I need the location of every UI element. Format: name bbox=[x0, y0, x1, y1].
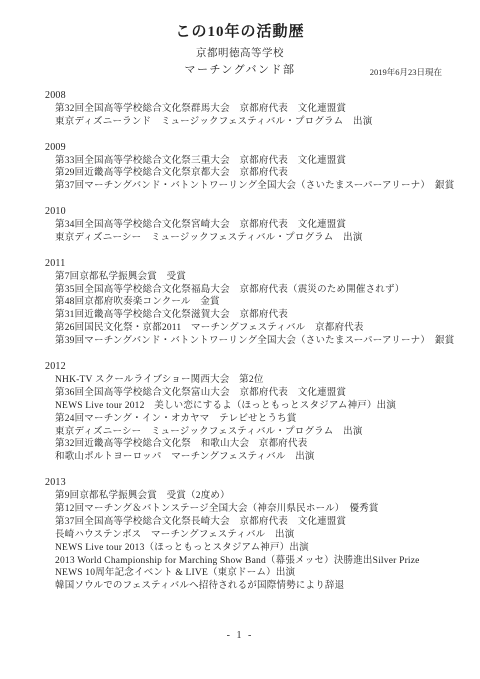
year-section: 2009 第33回全国高等学校総合文化祭三重大会 京都府代表 文化連盟賞第29回… bbox=[45, 142, 464, 194]
activity-item: NEWS Live tour 2013（ほっともっとスタジアム神戸）出演 bbox=[45, 542, 464, 555]
section-items: 第33回全国高等学校総合文化祭三重大会 京都府代表 文化連盟賞第29回近畿高等学… bbox=[45, 155, 464, 194]
activity-item: 東京ディズニーシー ミュージックフェスティバル・プログラム 出演 bbox=[45, 426, 464, 439]
page-number: - 1 - bbox=[0, 630, 480, 641]
activity-item: 第37回全国高等学校総合文化祭長崎大会 京都府代表 文化連盟賞 bbox=[45, 516, 464, 529]
school-name: 京都明徳高等学校 bbox=[0, 47, 480, 60]
year-section: 2008 第32回全国高等学校総合文化祭群馬大会 京都府代表 文化連盟賞東京ディ… bbox=[45, 90, 464, 129]
activity-item: 第32回近畿高等学校総合文化祭 和歌山大会 京都府代表 bbox=[45, 438, 464, 451]
activity-item: 第39回マーチングバンド・バトントワーリング全国大会（さいたまスーパーアリーナ）… bbox=[45, 335, 464, 348]
activity-item: 第24回マーチング・イン・オカヤマ テレビせとうち賞 bbox=[45, 413, 464, 426]
activity-sections: 2008 第32回全国高等学校総合文化祭群馬大会 京都府代表 文化連盟賞東京ディ… bbox=[0, 90, 480, 593]
section-items: 第32回全国高等学校総合文化祭群馬大会 京都府代表 文化連盟賞東京ディズニーラン… bbox=[45, 103, 464, 129]
activity-item: 韓国ソウルでのフェスティバルへ招待されるが国際情勢により辞退 bbox=[45, 580, 464, 593]
year-heading: 2013 bbox=[45, 477, 464, 490]
activity-item: 東京ディズニーシー ミュージックフェスティバル・プログラム 出演 bbox=[45, 232, 464, 245]
year-heading: 2010 bbox=[45, 206, 464, 219]
activity-item: 第7回京都私学振興会賞 受賞 bbox=[45, 271, 464, 284]
activity-item: 2013 World Championship for Marching Sho… bbox=[45, 555, 464, 568]
section-items: 第34回全国高等学校総合文化祭宮崎大会 京都府代表 文化連盟賞東京ディズニーシー… bbox=[45, 219, 464, 245]
page-title: この10年の活動歴 bbox=[0, 20, 480, 41]
section-items: 第9回京都私学振興会賞 受賞（2度め）第12回マーチング＆バトンステージ全国大会… bbox=[45, 490, 464, 593]
as-of-date: 2019年6月23日現在 bbox=[370, 66, 442, 78]
year-section: 2013 第9回京都私学振興会賞 受賞（2度め）第12回マーチング＆バトンステー… bbox=[45, 477, 464, 593]
year-heading: 2012 bbox=[45, 361, 464, 374]
club-row: マーチングバンド部 2019年6月23日現在 bbox=[0, 63, 480, 78]
activity-item: 第35回全国高等学校総合文化祭福島大会 京都府代表（震災のため開催されず） bbox=[45, 284, 464, 297]
activity-item: 第32回全国高等学校総合文化祭群馬大会 京都府代表 文化連盟賞 bbox=[45, 103, 464, 116]
activity-item: 東京ディズニーランド ミュージックフェスティバル・プログラム 出演 bbox=[45, 116, 464, 129]
activity-item: NEWS 10周年記念イベント & LIVE（東京ドーム）出演 bbox=[45, 567, 464, 580]
year-heading: 2009 bbox=[45, 142, 464, 155]
year-heading: 2011 bbox=[45, 258, 464, 271]
activity-item: 和歌山ポルトヨーロッパ マーチングフェスティバル 出演 bbox=[45, 451, 464, 464]
activity-item: 第37回マーチングバンド・バトントワーリング全国大会（さいたまスーパーアリーナ）… bbox=[45, 180, 464, 193]
activity-item: 第33回全国高等学校総合文化祭三重大会 京都府代表 文化連盟賞 bbox=[45, 155, 464, 168]
year-section: 2010 第34回全国高等学校総合文化祭宮崎大会 京都府代表 文化連盟賞東京ディ… bbox=[45, 206, 464, 245]
activity-item: 第12回マーチング＆バトンステージ全国大会（神奈川県民ホール） 優秀賞 bbox=[45, 503, 464, 516]
section-items: 第7回京都私学振興会賞 受賞第35回全国高等学校総合文化祭福島大会 京都府代表（… bbox=[45, 271, 464, 348]
activity-item: 長崎ハウステンボス マーチングフェスティバル 出演 bbox=[45, 529, 464, 542]
year-section: 2011 第7回京都私学振興会賞 受賞第35回全国高等学校総合文化祭福島大会 京… bbox=[45, 258, 464, 348]
section-items: NHK-TV スクールライブショー関西大会 第2位第36回全国高等学校総合文化祭… bbox=[45, 374, 464, 464]
activity-item: 第34回全国高等学校総合文化祭宮崎大会 京都府代表 文化連盟賞 bbox=[45, 219, 464, 232]
document-page: この10年の活動歴 京都明徳高等学校 マーチングバンド部 2019年6月23日現… bbox=[0, 0, 480, 679]
activity-item: 第29回近畿高等学校総合文化祭京都大会 京都府代表 bbox=[45, 167, 464, 180]
activity-item: 第31回近畿高等学校総合文化祭滋賀大会 京都府代表 bbox=[45, 309, 464, 322]
activity-item: 第36回全国高等学校総合文化祭富山大会 京都府代表 文化連盟賞 bbox=[45, 387, 464, 400]
activity-item: 第26回国民文化祭・京都2011 マーチングフェスティバル 京都府代表 bbox=[45, 322, 464, 335]
activity-item: NHK-TV スクールライブショー関西大会 第2位 bbox=[45, 374, 464, 387]
year-heading: 2008 bbox=[45, 90, 464, 103]
activity-item: 第9回京都私学振興会賞 受賞（2度め） bbox=[45, 490, 464, 503]
year-section: 2012 NHK-TV スクールライブショー関西大会 第2位第36回全国高等学校… bbox=[45, 361, 464, 464]
activity-item: NEWS Live tour 2012 美しい恋にするよ（ほっともっとスタジアム… bbox=[45, 400, 464, 413]
activity-item: 第48回京都府吹奏楽コンクール 金賞 bbox=[45, 296, 464, 309]
